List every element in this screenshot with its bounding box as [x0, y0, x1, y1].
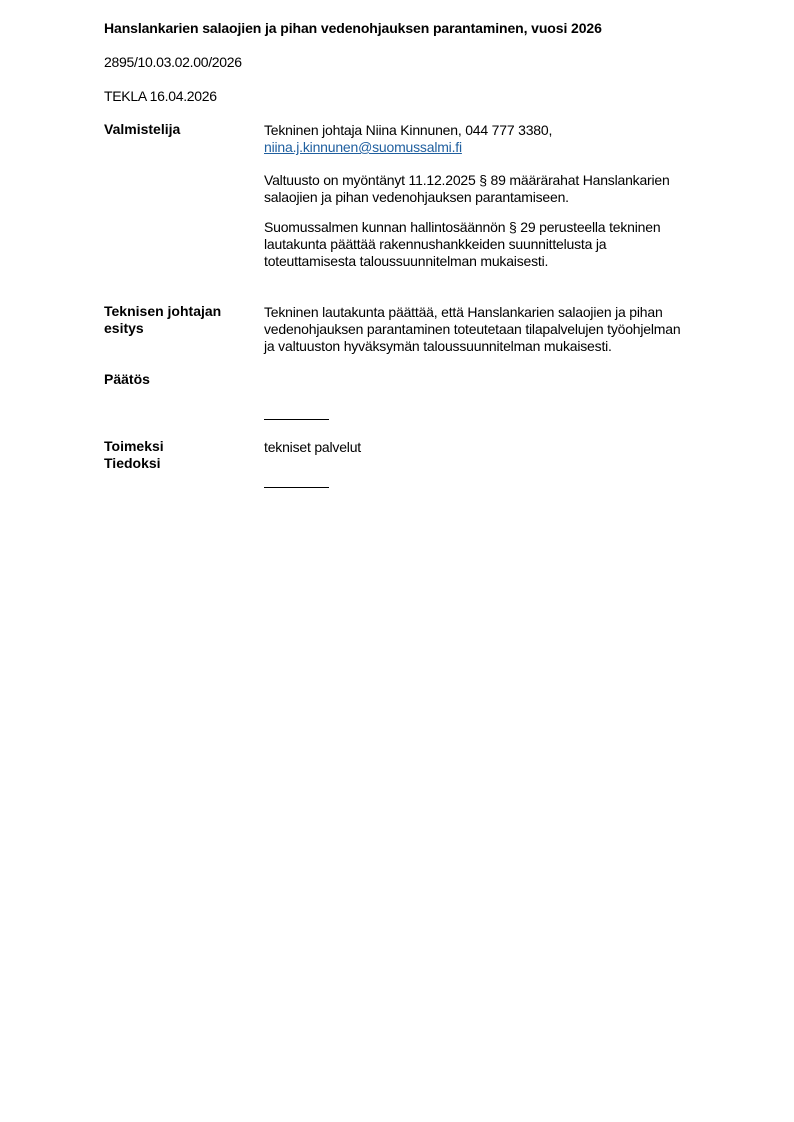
document-title: Hanslankarien salaojien ja pihan vedenoh…: [104, 20, 602, 36]
preparer-contact: Tekninen johtaja Niina Kinnunen, 044 777…: [264, 122, 724, 139]
preparer-label: Valmistelija: [104, 121, 254, 138]
paragraph-line: vedenohjauksen parantaminen toteutetaan …: [264, 321, 724, 338]
proposal-content: Tekninen lautakunta päättää, että Hansla…: [264, 304, 724, 355]
decision-label: Päätös: [104, 371, 254, 388]
proposal-label: Teknisen johtajan esitys: [104, 303, 254, 337]
preparer-paragraph-2: Suomussalmen kunnan hallintosäännön § 29…: [264, 219, 724, 270]
separator-line: [264, 419, 329, 420]
separator-line: [264, 487, 329, 488]
label-line: Teknisen johtajan: [104, 303, 254, 320]
paragraph-line: Suomussalmen kunnan hallintosäännön § 29…: [264, 219, 724, 236]
paragraph-line: lautakunta päättää rakennushankkeiden su…: [264, 236, 724, 253]
paragraph-line: Tekninen lautakunta päättää, että Hansla…: [264, 304, 724, 321]
paragraph-line: Valtuusto on myöntänyt 11.12.2025 § 89 m…: [264, 172, 724, 189]
paragraph-line: salaojien ja pihan vedenohjauksen parant…: [264, 189, 724, 206]
preparer-email-link[interactable]: niina.j.kinnunen@suomussalmi.fi: [264, 139, 462, 155]
preparer-content: Tekninen johtaja Niina Kinnunen, 044 777…: [264, 122, 724, 156]
record-number: 2895/10.03.02.00/2026: [104, 54, 242, 70]
paragraph-line: toteuttamisesta taloussuunnitelman mukai…: [264, 253, 724, 270]
preparer-paragraph-1: Valtuusto on myöntänyt 11.12.2025 § 89 m…: [264, 172, 724, 206]
meeting-reference: TEKLA 16.04.2026: [104, 88, 217, 104]
label-line: Toimeksi: [104, 438, 254, 455]
distribution-value: tekniset palvelut: [264, 439, 724, 456]
label-line: Tiedoksi: [104, 455, 254, 472]
label-line: esitys: [104, 320, 254, 337]
distribution-label: Toimeksi Tiedoksi: [104, 438, 254, 472]
paragraph-line: ja valtuuston hyväksymän taloussuunnitel…: [264, 338, 724, 355]
